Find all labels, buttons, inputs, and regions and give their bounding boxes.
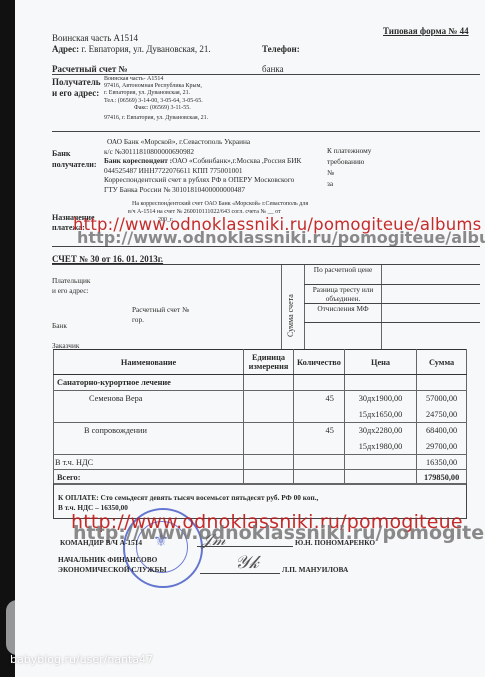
payment-request-block: К платежному требованию № за — [327, 145, 371, 189]
payment-request-line: К платежному — [327, 145, 371, 156]
payment-request-line: № — [327, 167, 371, 178]
table-row: 15дх1980,00 29700,00 — [54, 439, 467, 455]
source-watermark: babyblog.ru/user/nanta47 — [10, 653, 153, 666]
table-row: 15дх1650,00 24750,00 — [54, 407, 467, 423]
payment-request-line: за — [327, 178, 371, 189]
recipient-line: 97416, Автономная Республика Крым, — [104, 83, 203, 90]
recipient-label: Получатель и его адрес: — [52, 77, 101, 99]
vat-value: 16350,00 — [417, 455, 467, 470]
address-label: Адрес: — [52, 44, 79, 54]
purpose-divider — [52, 246, 480, 247]
row-sum: 57000,00 — [417, 391, 467, 407]
purpose-line: На корреспонд́ентский счет ОАО Банк «Мор… — [132, 200, 308, 208]
goods-table: Наименование Единица измерения Количеств… — [53, 349, 467, 485]
recipient-bank-label: Банк получатели: — [52, 148, 97, 170]
invoice-title-divider — [52, 264, 480, 265]
recipient-bank-label-line1: Банк — [52, 148, 97, 159]
bank-corr-account: к/с №30111810800000690982 — [104, 147, 301, 157]
recipient-address-repeat: 97416, г. Евпатория, ул. Дувановская, 21… — [104, 115, 208, 122]
col-header-unit: Единица измерения — [244, 350, 294, 375]
row-sum: 29700,00 — [417, 439, 467, 455]
payer-account-block: Расчетный счет № гор. — [132, 305, 189, 325]
table-header-row: Наименование Единица измерения Количеств… — [54, 350, 467, 375]
vat-label: В т.ч. НДС — [54, 455, 244, 470]
finance-signature: 𝒴𝓀 — [235, 552, 259, 573]
row-unit — [244, 423, 294, 439]
table-row: Семенова Вера 45 30дх1900,00 57000,00 — [54, 391, 467, 407]
finance-label-line1: НАЧАЛЬНИК ФИНАНСОВО — [58, 555, 167, 565]
section-title: Санаторно-курортное лечение — [54, 375, 244, 391]
bank-bik-inn-kpp: 044525487 ИНН7722076611 КПП 775001001 — [104, 166, 301, 176]
recipient-line: Тел.: (06569) 3-14-00, 3-05-64, 3-05-65. — [104, 98, 203, 105]
payer-label: Плательщик и его адрес: — [52, 276, 90, 296]
col-header-price: Цена — [344, 350, 416, 375]
bank-name-line: ОАО Банк «Морской», г.Севастополь Украин… — [104, 137, 301, 147]
address-value: г. Евпатория, ул. Дувановская, 21. — [81, 44, 210, 54]
payer-label-line2: и его адрес: — [52, 286, 90, 296]
form-number-label: Типовая форма № 44 — [383, 26, 469, 36]
vat-row: В т.ч. НДС 16350,00 — [54, 455, 467, 470]
row-name: Семенова Вера — [54, 391, 244, 407]
account-label: Расчетный счет № — [52, 64, 128, 74]
payer-bank-label: Банк — [52, 321, 67, 331]
recipient-bank-details: ОАО Банк «Морской», г.Севастополь Украин… — [104, 137, 301, 194]
commander-label: КОМАНДИР В/Ч А-1514 — [60, 538, 142, 548]
row-unit — [244, 391, 294, 407]
payment-request-line: требованию — [327, 156, 371, 167]
row-price: 15дх1650,00 — [344, 407, 416, 423]
side-row-divider — [304, 322, 480, 323]
recipient-label-line1: Получатель — [52, 77, 101, 88]
correspondent-bank-label: Банк кореспондент : — [104, 156, 172, 165]
finance-label-line2: ЭКОНОМИЧЕСКОЙ СЛУЖБЫ — [58, 565, 167, 575]
corr-account-line2: ГТУ Банка России № 30101810400000000487 — [104, 185, 301, 195]
table-row: В сопровождении 45 30дх2280,00 68400,00 — [54, 423, 467, 439]
recipient-bank-label-line2: получатели: — [52, 159, 97, 170]
correspondent-bank-value: ОАО «Собинбанк»,г.Москва ,Россия БИК — [172, 156, 301, 165]
row-sum: 24750,00 — [417, 407, 467, 423]
side-box-divider — [381, 265, 382, 349]
invoice-document: Типовая форма № 44 Воинская часть А1514 … — [15, 0, 485, 677]
col-header-qty: Количество — [293, 350, 344, 375]
recipient-divider — [52, 131, 480, 132]
finance-head-label: НАЧАЛЬНИК ФИНАНСОВО ЭКОНОМИЧЕСКОЙ СЛУЖБЫ — [58, 555, 167, 575]
side-cell-mf-deductions: Отчисления МФ — [305, 304, 381, 313]
address-line: Адрес: г. Евпатория, ул. Дувановская, 21… — [52, 44, 211, 54]
sum-vertical-label: Сумма счета — [286, 294, 295, 337]
payment-amount-words: К ОПЛАТЕ: Сто семьдесят девять тысяч вос… — [58, 493, 318, 503]
recipient-label-line2: и его адрес: — [52, 88, 101, 99]
payer-account-label: Расчетный счет № — [132, 305, 189, 315]
row-qty: 45 — [293, 391, 344, 407]
correspondent-bank-line: Банк кореспондент :ОАО «Собинбанк»,г.Мос… — [104, 156, 301, 166]
row-name: В сопровождении — [54, 423, 244, 439]
payment-summary-text: К ОПЛАТЕ: Сто семьдесят девять тысяч вос… — [58, 493, 318, 513]
watermark-url-gray: http://www.odnoklassniki.ru/pomogiteue/a… — [77, 228, 485, 247]
table-section-row: Санаторно-курортное лечение — [54, 375, 467, 391]
recipient-details: Воинская часть- А1514 97416, Автономная … — [104, 76, 203, 112]
col-header-name: Наименование — [54, 350, 244, 375]
military-unit-name: Воинская часть А1514 — [52, 33, 138, 43]
row-price: 30дх1900,00 — [344, 391, 416, 407]
finance-head-name: Л.П. МАНУИЛОВА — [282, 565, 348, 575]
commander-signature: 𝒥𝓂 — [201, 530, 226, 550]
row-qty: 45 — [293, 423, 344, 439]
col-header-sum: Сумма — [417, 350, 467, 375]
invoice-title: СЧЕТ № 30 от 16. 01. 2013г. — [52, 254, 163, 264]
recipient-line: Факс: (06569) 3-11-55. — [104, 105, 203, 112]
commander-name: Ю.Н. ПОНОМАРЕНКО — [295, 538, 375, 548]
header-divider — [52, 74, 480, 75]
payer-label-line1: Плательщик — [52, 276, 90, 286]
phone-label: Телефон: — [262, 44, 300, 54]
bank-label: банка — [262, 64, 284, 74]
row-sum: 68400,00 — [417, 423, 467, 439]
corr-account-line1: Корреспондентский счет в рублях РФ в ОПЕ… — [104, 175, 301, 185]
recipient-line: г. Евпатория, ул. Дувановская, 21. — [104, 90, 203, 97]
left-scan-border — [0, 0, 15, 677]
payer-city-label: гор. — [132, 315, 189, 325]
finance-signature-line — [200, 573, 280, 574]
side-cell-calculated-price: По расчетной цене — [305, 265, 381, 274]
side-cell-trust-difference: Разница тресту или объединен. — [305, 285, 381, 303]
sum-box-left-border — [281, 265, 282, 349]
row-price: 30дх2280,00 — [344, 423, 416, 439]
row-price: 15дх1980,00 — [344, 439, 416, 455]
